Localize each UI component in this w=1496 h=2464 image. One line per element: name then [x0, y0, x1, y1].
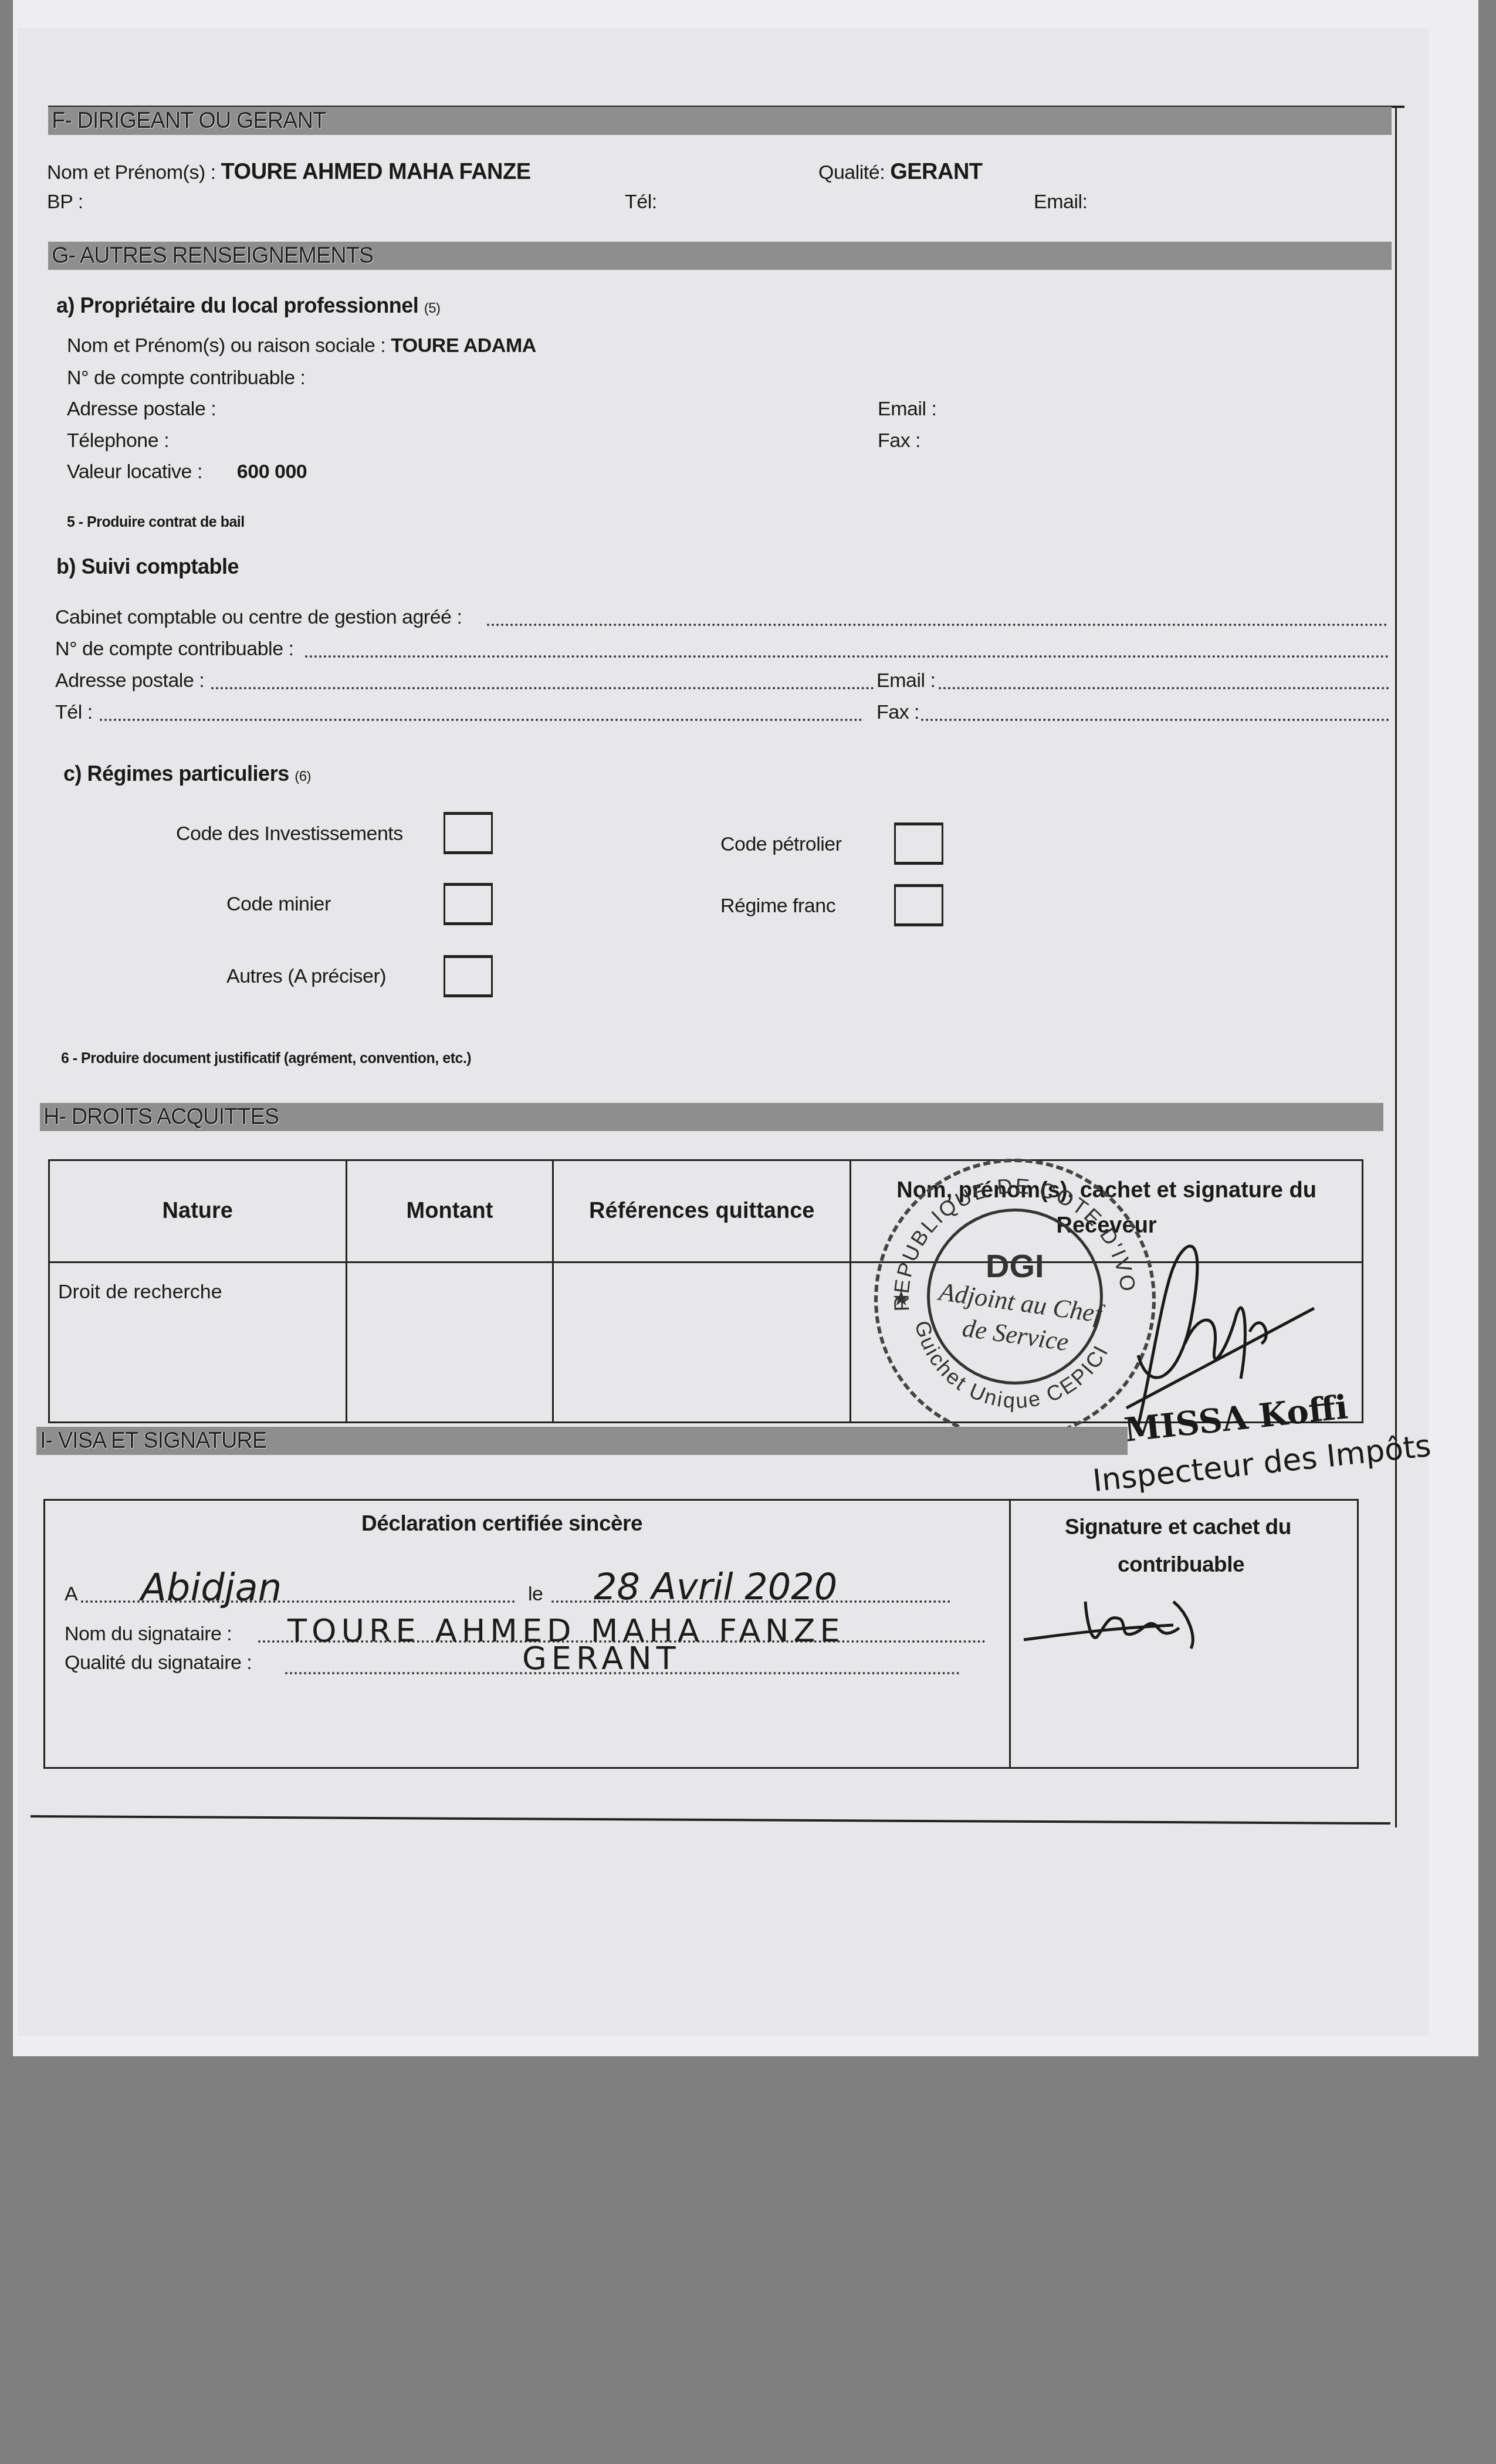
owner-footnote: 5 - Produire contrat de bail [67, 514, 245, 531]
accounting-email-field[interactable] [939, 687, 1389, 689]
declaration-header: Déclaration certifiée sincère [361, 1511, 642, 1536]
accounting-tel-label: Tél : [55, 701, 93, 724]
regime-label-franc: Régime franc [720, 895, 835, 918]
owner-valeur-row: Valeur locative : 600 000 [67, 461, 307, 483]
regimes-note-ref: (6) [295, 769, 311, 784]
manager-qualite-label: Qualité: [818, 161, 885, 184]
regime-checkbox-petrolier[interactable] [894, 823, 943, 865]
regime-label-petrolier: Code pétrolier [720, 833, 842, 856]
regime-checkbox-minier[interactable] [444, 883, 493, 925]
col-montant: Montant [346, 1160, 553, 1263]
cell-references[interactable] [553, 1263, 851, 1423]
cell-montant[interactable] [346, 1263, 553, 1423]
regime-label-minier: Code minier [226, 893, 331, 916]
owner-adresse-label: Adresse postale : [67, 398, 216, 421]
owner-name-row: Nom et Prénom(s) ou raison sociale : TOU… [67, 334, 536, 357]
accounting-email-label: Email : [876, 669, 935, 692]
signataire-label: Nom du signataire : [65, 1623, 232, 1646]
section-i-header: I- VISA ET SIGNATURE [36, 1427, 1128, 1455]
date-value[interactable]: 28 Avril 2020 [594, 1565, 837, 1608]
regimes-footnote: 6 - Produire document justificatif (agré… [61, 1050, 471, 1067]
manager-name-value[interactable]: TOURE AHMED MAHA FANZE [221, 160, 531, 184]
regime-checkbox-investissements[interactable] [444, 812, 493, 854]
owner-title-text: a) Propriétaire du local professionnel [56, 293, 418, 317]
owner-subsection-title: a) Propriétaire du local professionnel (… [56, 293, 441, 318]
regimes-subsection-title: c) Régimes particuliers (6) [63, 761, 311, 786]
contribuable-signature[interactable] [1021, 1578, 1302, 1660]
signature-header-line1: Signature et cachet du [1065, 1515, 1291, 1539]
manager-name-row: Nom et Prénom(s) : TOURE AHMED MAHA FANZ… [47, 160, 531, 185]
regime-label-investissements: Code des Investissements [176, 823, 403, 845]
owner-valeur-label: Valeur locative : [67, 461, 202, 483]
accounting-compte-label: N° de compte contribuable : [55, 638, 293, 661]
manager-email-label: Email: [1034, 191, 1087, 214]
accounting-adresse-field[interactable] [211, 687, 874, 689]
accounting-compte-field[interactable] [305, 655, 1389, 658]
owner-name-value[interactable]: TOURE ADAMA [391, 334, 536, 357]
accounting-cabinet-label: Cabinet comptable ou centre de gestion a… [55, 606, 462, 629]
accounting-subsection-title: b) Suivi comptable [56, 554, 239, 579]
regimes-title-text: c) Régimes particuliers [63, 761, 289, 786]
owner-name-label: Nom et Prénom(s) ou raison sociale : [67, 334, 385, 357]
lieu-value[interactable]: Abidjan [141, 1566, 282, 1610]
date-label: le [528, 1583, 543, 1606]
section-g-header: G- AUTRES RENSEIGNEMENTS [48, 242, 1392, 270]
owner-telephone-label: Télephone : [67, 429, 169, 452]
regime-label-autres: Autres (A préciser) [226, 965, 386, 988]
svg-text:★: ★ [892, 1286, 911, 1310]
owner-email-label: Email : [878, 398, 936, 421]
regime-checkbox-autres[interactable] [444, 955, 493, 997]
qualite-signataire-value[interactable]: GERANT [522, 1640, 681, 1677]
owner-note-ref: (5) [424, 300, 441, 316]
col-references: Références quittance [553, 1160, 851, 1263]
section-h-header: H- DROITS ACQUITTES [40, 1103, 1383, 1131]
manager-name-label: Nom et Prénom(s) : [47, 161, 216, 184]
owner-fax-label: Fax : [878, 429, 920, 452]
stamp-dgi-abbr: DGI [986, 1247, 1044, 1285]
accounting-adresse-label: Adresse postale : [55, 669, 204, 692]
signature-header-line2: contribuable [1118, 1552, 1244, 1577]
qualite-signataire-label: Qualité du signataire : [65, 1651, 252, 1674]
section-f-header: F- DIRIGEANT OU GERANT [48, 107, 1392, 135]
accounting-fax-field[interactable] [921, 719, 1389, 721]
manager-tel-label: Tél: [625, 191, 657, 214]
accounting-fax-label: Fax : [876, 701, 919, 724]
cell-nature[interactable]: Droit de recherche [49, 1263, 347, 1423]
manager-qualite-row: Qualité: GERANT [818, 160, 983, 185]
manager-qualite-value[interactable]: GERANT [890, 160, 982, 184]
accounting-tel-field[interactable] [100, 719, 862, 721]
frame-right-line [1395, 106, 1397, 1827]
owner-valeur-value[interactable]: 600 000 [237, 461, 307, 483]
accounting-cabinet-field[interactable] [487, 624, 1387, 626]
lieu-label: A [65, 1583, 77, 1606]
owner-compte-label: N° de compte contribuable : [67, 367, 305, 390]
col-nature: Nature [49, 1160, 347, 1263]
regime-checkbox-franc[interactable] [894, 884, 943, 926]
visa-divider [1009, 1499, 1011, 1769]
manager-bp-label: BP : [47, 191, 83, 214]
